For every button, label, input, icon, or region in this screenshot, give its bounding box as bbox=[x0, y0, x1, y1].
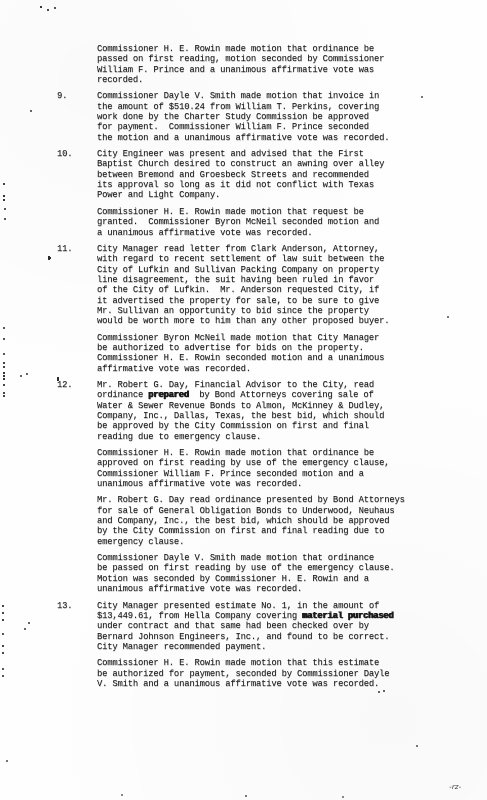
overstruck-text: prepared bbox=[148, 390, 189, 400]
text-run: Commissioner Dayle V. Smith made motion … bbox=[97, 553, 394, 594]
minutes-item: 11.City Manager read letter from Clark A… bbox=[0, 244, 487, 380]
text-run: Mr. Robert G. Day read ordinance present… bbox=[97, 495, 405, 546]
overstruck-text: material purchased bbox=[302, 611, 393, 621]
paragraph: Commissioner Dayle V. Smith made motion … bbox=[97, 91, 429, 143]
item-text: Commissioner Dayle V. Smith made motion … bbox=[97, 91, 429, 149]
minutes-item: 12.Mr. Robert G. Day, Financial Advisor … bbox=[0, 380, 487, 601]
text-run: Commissioner Byron McNeil made motion th… bbox=[97, 333, 384, 374]
corner-pen-mark: -rz- bbox=[447, 785, 461, 792]
paragraph: Commissioner H. E. Rowin made motion tha… bbox=[97, 207, 429, 238]
minutes-item: 10.City Engineer was present and advised… bbox=[0, 149, 487, 244]
item-number: 9. bbox=[57, 91, 97, 101]
text-run: Commissioner Dayle V. Smith made motion … bbox=[97, 91, 389, 142]
paragraph: Mr. Robert G. Day read ordinance present… bbox=[97, 495, 429, 547]
scanned-minutes-page: Commissioner H. E. Rowin made motion tha… bbox=[0, 0, 487, 800]
item-text: City Manager read letter from Clark Ande… bbox=[97, 244, 429, 380]
paragraph: City Manager read letter from Clark Ande… bbox=[97, 244, 429, 327]
minutes-item: 13.City Manager presented estimate No. 1… bbox=[0, 601, 487, 696]
text-run: Commissioner H. E. Rowin made motion tha… bbox=[97, 658, 389, 689]
item-number: 12. bbox=[57, 380, 97, 390]
paragraph: Commissioner Byron McNeil made motion th… bbox=[97, 333, 429, 374]
text-run: Commissioner H. E. Rowin made motion tha… bbox=[97, 207, 379, 238]
paragraph: City Manager presented estimate No. 1, i… bbox=[97, 601, 429, 653]
text-run: Commissioner H. E. Rowin made motion tha… bbox=[97, 44, 384, 85]
text-run: City Engineer was present and advised th… bbox=[97, 149, 384, 200]
paragraph: Commissioner H. E. Rowin made motion tha… bbox=[97, 448, 429, 489]
text-run: City Manager read letter from Clark Ande… bbox=[97, 244, 389, 326]
text-run: Commissioner H. E. Rowin made motion tha… bbox=[97, 448, 389, 489]
item-text: City Engineer was present and advised th… bbox=[97, 149, 429, 244]
scan-artifacts bbox=[0, 0, 2, 2]
text-run: under contract and that same had been ch… bbox=[97, 621, 389, 652]
paragraph: City Engineer was present and advised th… bbox=[97, 149, 429, 201]
item-number: 10. bbox=[57, 149, 97, 159]
paragraph: Commissioner H. E. Rowin made motion tha… bbox=[97, 658, 429, 689]
minutes-text-block: Commissioner H. E. Rowin made motion tha… bbox=[0, 44, 487, 695]
paragraph: Commissioner Dayle V. Smith made motion … bbox=[97, 553, 429, 594]
item-number: 13. bbox=[57, 601, 97, 611]
continuation-paragraph: Commissioner H. E. Rowin made motion tha… bbox=[0, 44, 487, 91]
paragraph: Commissioner H. E. Rowin made motion tha… bbox=[97, 44, 429, 85]
item-text: Mr. Robert G. Day, Financial Advisor to … bbox=[97, 380, 429, 601]
paragraph: Mr. Robert G. Day, Financial Advisor to … bbox=[97, 380, 429, 442]
item-text: Commissioner H. E. Rowin made motion tha… bbox=[97, 44, 429, 91]
item-number: 11. bbox=[57, 244, 97, 254]
item-text: City Manager presented estimate No. 1, i… bbox=[97, 601, 429, 696]
minutes-item: 9.Commissioner Dayle V. Smith made motio… bbox=[0, 91, 487, 149]
